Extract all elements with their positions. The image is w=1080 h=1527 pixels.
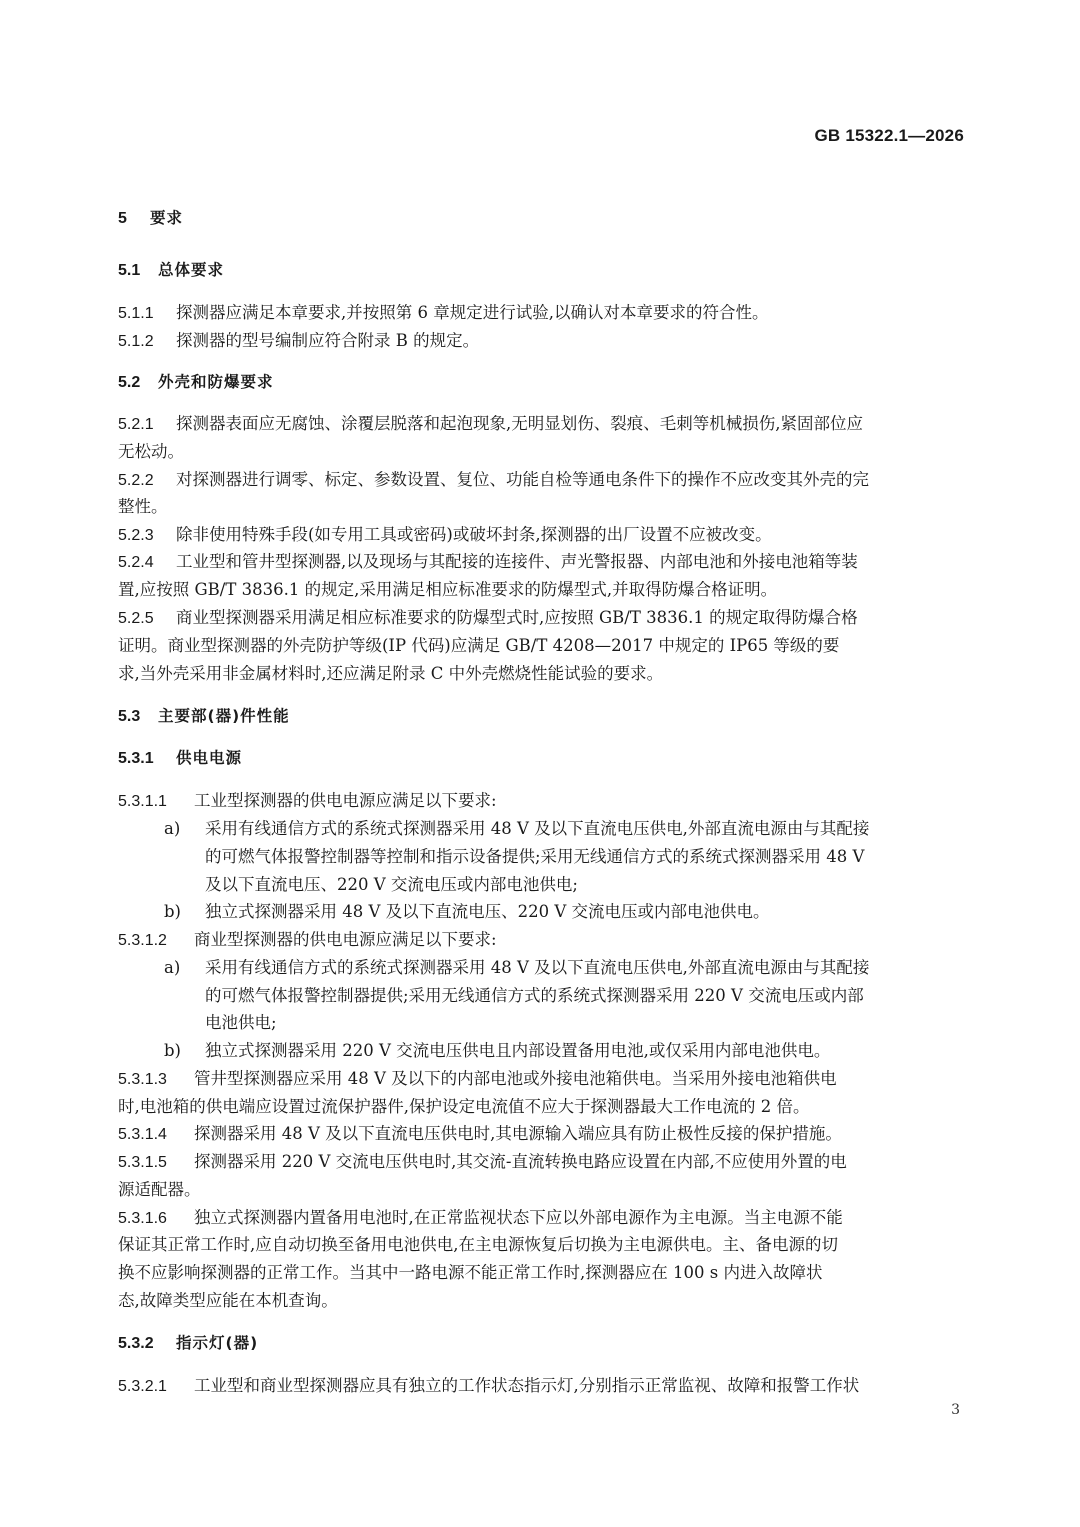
clause-5-1-1: 5.1.1探测器应满足本章要求,并按照第 6 章规定进行试验,以确认对本章要求的… — [118, 299, 768, 327]
clause-number: 5.2.1 — [118, 411, 176, 439]
section-5-3-2-heading: 5.3.2指示灯(器) — [118, 1329, 258, 1357]
list-text-line: 独立式探测器采用 220 V 交流电压供电且内部设置备用电池,或仅采用内部电池供… — [205, 1041, 830, 1060]
section-title: 主要部(器)件性能 — [158, 707, 290, 725]
section-title: 要求 — [150, 209, 183, 227]
section-5-2-heading: 5.2外壳和防爆要求 — [118, 368, 274, 396]
clause-5-1-2: 5.1.2探测器的型号编制应符合附录 B 的规定。 — [118, 327, 479, 355]
section-number: 5.3 — [118, 703, 158, 731]
section-title: 指示灯(器) — [176, 1334, 258, 1352]
clause-number: 5.1.1 — [118, 300, 176, 328]
list-text-line: 采用有线通信方式的系统式探测器采用 48 V 及以下直流电压供电,外部直流电源由… — [205, 958, 869, 977]
clause-5-3-1-6-cont: 换不应影响探测器的正常工作。当其中一路电源不能正常工作时,探测器应在 100 s… — [118, 1259, 822, 1287]
clause-5-2-2-cont: 整性。 — [118, 493, 168, 521]
section-number: 5.2 — [118, 369, 158, 397]
clause-text: 探测器的型号编制应符合附录 B 的规定。 — [176, 331, 479, 350]
section-title: 外壳和防爆要求 — [158, 373, 274, 391]
list-text-line: 独立式探测器采用 48 V 及以下直流电压、220 V 交流电压或内部电池供电。 — [205, 902, 770, 921]
clause-5-3-1-3-cont: 时,电池箱的供电端应设置过流保护器件,保护设定电流值不应大于探测器最大工作电流的… — [118, 1093, 809, 1121]
section-number: 5 — [118, 205, 150, 233]
list-item-a-cont: 的可燃气体报警控制器等控制和指示设备提供;采用无线通信方式的系统式探测器采用 4… — [205, 843, 864, 871]
clause-text: 工业型探测器的供电电源应满足以下要求: — [194, 791, 497, 810]
clause-5-2-5: 5.2.5商业型探测器采用满足相应标准要求的防爆型式时,应按照 GB/T 383… — [118, 604, 858, 632]
clause-text: 探测器应满足本章要求,并按照第 6 章规定进行试验,以确认对本章要求的符合性。 — [176, 303, 768, 322]
clause-5-3-1-3: 5.3.1.3管井型探测器应采用 48 V 及以下的内部电池或外接电池箱供电。当… — [118, 1065, 837, 1093]
clause-number: 5.3.1.5 — [118, 1149, 194, 1177]
clause-5-2-1-cont: 无松动。 — [118, 438, 184, 466]
clause-5-3-1-4: 5.3.1.4探测器采用 48 V 及以下直流电压供电时,其电源输入端应具有防止… — [118, 1120, 842, 1148]
clause-text-line: 独立式探测器内置备用电池时,在正常监视状态下应以外部电源作为主电源。当主电源不能 — [194, 1208, 843, 1227]
clause-text: 工业型和商业型探测器应具有独立的工作状态指示灯,分别指示正常监视、故障和报警工作… — [194, 1376, 859, 1395]
clause-5-2-3: 5.2.3除非使用特殊手段(如专用工具或密码)或破坏封条,探测器的出厂设置不应被… — [118, 521, 772, 549]
clause-text: 探测器采用 48 V 及以下直流电压供电时,其电源输入端应具有防止极性反接的保护… — [194, 1124, 842, 1143]
section-number: 5.3.2 — [118, 1330, 176, 1358]
standard-number-header: GB 15322.1—2026 — [815, 126, 965, 146]
clause-text-line: 探测器表面应无腐蚀、涂覆层脱落和起泡现象,无明显划伤、裂痕、毛刺等机械损伤,紧固… — [176, 414, 863, 433]
clause-5-3-1-6-cont: 态,故障类型应能在本机查询。 — [118, 1287, 338, 1315]
clause-5-3-1-6-cont: 保证其正常工作时,应自动切换至备用电池供电,在主电源恢复后切换为主电源供电。主、… — [118, 1231, 838, 1259]
section-5-3-heading: 5.3主要部(器)件性能 — [118, 702, 290, 730]
list-label: a) — [164, 954, 205, 982]
clause-number: 5.3.1.1 — [118, 788, 194, 816]
section-title: 供电电源 — [176, 749, 242, 767]
clause-5-3-1-5-cont: 源适配器。 — [118, 1176, 201, 1204]
clause-5-3-1-2: 5.3.1.2商业型探测器的供电电源应满足以下要求: — [118, 926, 497, 954]
list-item-b: b)独立式探测器采用 48 V 及以下直流电压、220 V 交流电压或内部电池供… — [164, 898, 770, 926]
section-number: 5.3.1 — [118, 745, 176, 773]
clause-number: 5.3.1.2 — [118, 927, 194, 955]
clause-text-line: 商业型探测器采用满足相应标准要求的防爆型式时,应按照 GB/T 3836.1 的… — [176, 608, 858, 627]
clause-text: 除非使用特殊手段(如专用工具或密码)或破坏封条,探测器的出厂设置不应被改变。 — [176, 525, 772, 544]
list-item-a: a)采用有线通信方式的系统式探测器采用 48 V 及以下直流电压供电,外部直流电… — [164, 954, 869, 982]
section-5-3-1-heading: 5.3.1供电电源 — [118, 744, 242, 772]
clause-5-3-2-1: 5.3.2.1工业型和商业型探测器应具有独立的工作状态指示灯,分别指示正常监视、… — [118, 1372, 859, 1400]
clause-5-2-5-cont: 证明。商业型探测器的外壳防护等级(IP 代码)应满足 GB/T 4208—201… — [118, 632, 839, 660]
clause-number: 5.2.2 — [118, 467, 176, 495]
list-item-a-cont: 的可燃气体报警控制器提供;采用无线通信方式的系统式探测器采用 220 V 交流电… — [205, 982, 864, 1010]
clause-5-3-1-5: 5.3.1.5探测器采用 220 V 交流电压供电时,其交流-直流转换电路应设置… — [118, 1148, 847, 1176]
list-item-a-cont: 电池供电; — [205, 1009, 277, 1037]
list-item-b: b)独立式探测器采用 220 V 交流电压供电且内部设置备用电池,或仅采用内部电… — [164, 1037, 830, 1065]
clause-5-3-1-6: 5.3.1.6独立式探测器内置备用电池时,在正常监视状态下应以外部电源作为主电源… — [118, 1204, 843, 1232]
clause-number: 5.3.1.4 — [118, 1121, 194, 1149]
clause-text-line: 工业型和管井型探测器,以及现场与其配接的连接件、声光警报器、内部电池和外接电池箱… — [176, 552, 858, 571]
list-label: b) — [164, 898, 205, 926]
list-item-a: a)采用有线通信方式的系统式探测器采用 48 V 及以下直流电压供电,外部直流电… — [164, 815, 869, 843]
clause-number: 5.2.3 — [118, 522, 176, 550]
list-label: a) — [164, 815, 205, 843]
clause-number: 5.3.1.6 — [118, 1205, 194, 1233]
clause-number: 5.3.1.3 — [118, 1066, 194, 1094]
list-text-line: 采用有线通信方式的系统式探测器采用 48 V 及以下直流电压供电,外部直流电源由… — [205, 819, 869, 838]
list-label: b) — [164, 1037, 205, 1065]
section-5-heading: 5要求 — [118, 204, 183, 232]
section-number: 5.1 — [118, 257, 158, 285]
clause-text-line: 对探测器进行调零、标定、参数设置、复位、功能自检等通电条件下的操作不应改变其外壳… — [176, 470, 869, 489]
clause-number: 5.3.2.1 — [118, 1373, 194, 1401]
clause-text-line: 管井型探测器应采用 48 V 及以下的内部电池或外接电池箱供电。当采用外接电池箱… — [194, 1069, 837, 1088]
clause-5-2-2: 5.2.2对探测器进行调零、标定、参数设置、复位、功能自检等通电条件下的操作不应… — [118, 466, 869, 494]
section-title: 总体要求 — [158, 261, 224, 279]
section-5-1-heading: 5.1总体要求 — [118, 256, 224, 284]
clause-5-2-4: 5.2.4工业型和管井型探测器,以及现场与其配接的连接件、声光警报器、内部电池和… — [118, 548, 858, 576]
list-item-a-cont: 及以下直流电压、220 V 交流电压或内部电池供电; — [205, 871, 578, 899]
clause-number: 5.2.5 — [118, 605, 176, 633]
clause-5-3-1-1: 5.3.1.1工业型探测器的供电电源应满足以下要求: — [118, 787, 497, 815]
clause-5-2-5-cont: 求,当外壳采用非金属材料时,还应满足附录 C 中外壳燃烧性能试验的要求。 — [118, 660, 663, 688]
clause-number: 5.1.2 — [118, 328, 176, 356]
clause-text: 商业型探测器的供电电源应满足以下要求: — [194, 930, 497, 949]
clause-number: 5.2.4 — [118, 549, 176, 577]
clause-text-line: 探测器采用 220 V 交流电压供电时,其交流-直流转换电路应设置在内部,不应使… — [194, 1152, 847, 1171]
clause-5-2-1: 5.2.1探测器表面应无腐蚀、涂覆层脱落和起泡现象,无明显划伤、裂痕、毛刺等机械… — [118, 410, 863, 438]
clause-5-2-4-cont: 置,应按照 GB/T 3836.1 的规定,采用满足相应标准要求的防爆型式,并取… — [118, 576, 777, 604]
page-number: 3 — [951, 1402, 960, 1418]
